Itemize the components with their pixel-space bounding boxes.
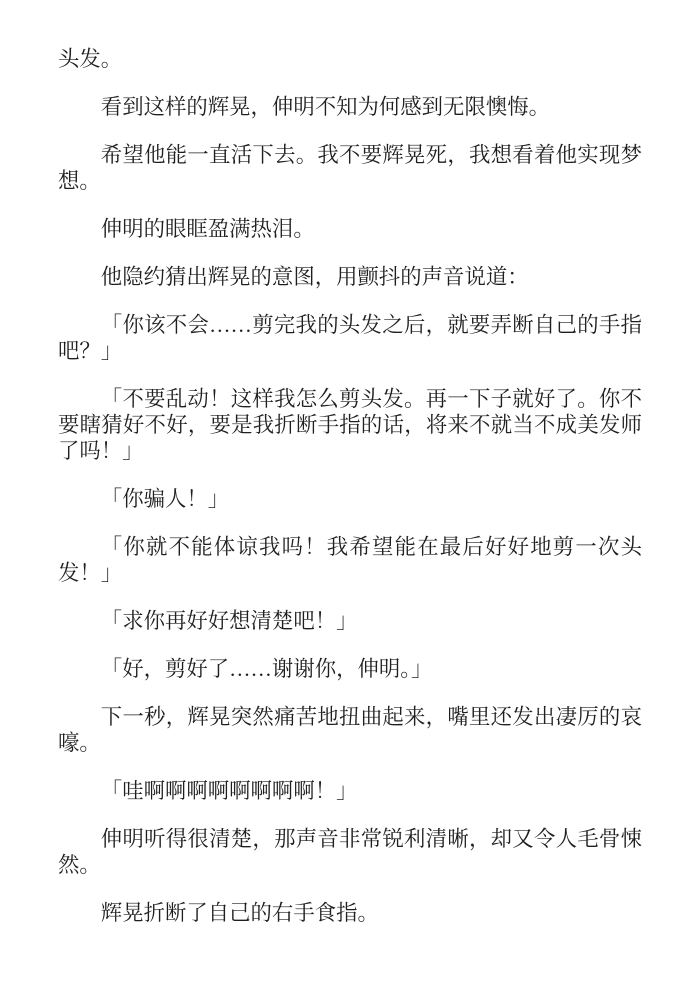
- paragraph-dialogue: 「你骗人！」: [58, 486, 642, 512]
- paragraph: 辉晃折断了自己的右手食指。: [58, 900, 642, 926]
- paragraph-dialogue: 「好，剪好了……谢谢你，伸明。」: [58, 656, 642, 682]
- book-page: 头发。 看到这样的辉晃，伸明不知为何感到无限懊悔。 希望他能一直活下去。我不要辉…: [0, 0, 700, 992]
- paragraph-dialogue: 「求你再好好想清楚吧！」: [58, 608, 642, 634]
- paragraph: 伸明听得很清楚，那声音非常锐利清晰，却又令人毛骨悚然。: [58, 826, 642, 878]
- paragraph-dialogue: 「你该不会……剪完我的头发之后，就要弄断自己的手指吧？」: [58, 312, 642, 364]
- paragraph: 下一秒，辉晃突然痛苦地扭曲起来，嘴里还发出凄厉的哀嚎。: [58, 704, 642, 756]
- paragraph: 头发。: [58, 46, 642, 72]
- paragraph-dialogue: 「你就不能体谅我吗！我希望能在最后好好地剪一次头发！」: [58, 534, 642, 586]
- paragraph: 伸明的眼眶盈满热泪。: [58, 216, 642, 242]
- paragraph-dialogue: 「哇啊啊啊啊啊啊啊啊！」: [58, 778, 642, 804]
- paragraph: 希望他能一直活下去。我不要辉晃死，我想看着他实现梦想。: [58, 142, 642, 194]
- paragraph: 看到这样的辉晃，伸明不知为何感到无限懊悔。: [58, 94, 642, 120]
- paragraph-dialogue: 「不要乱动！这样我怎么剪头发。再一下子就好了。你不要瞎猜好不好，要是我折断手指的…: [58, 386, 642, 464]
- paragraph: 他隐约猜出辉晃的意图，用颤抖的声音说道：: [58, 264, 642, 290]
